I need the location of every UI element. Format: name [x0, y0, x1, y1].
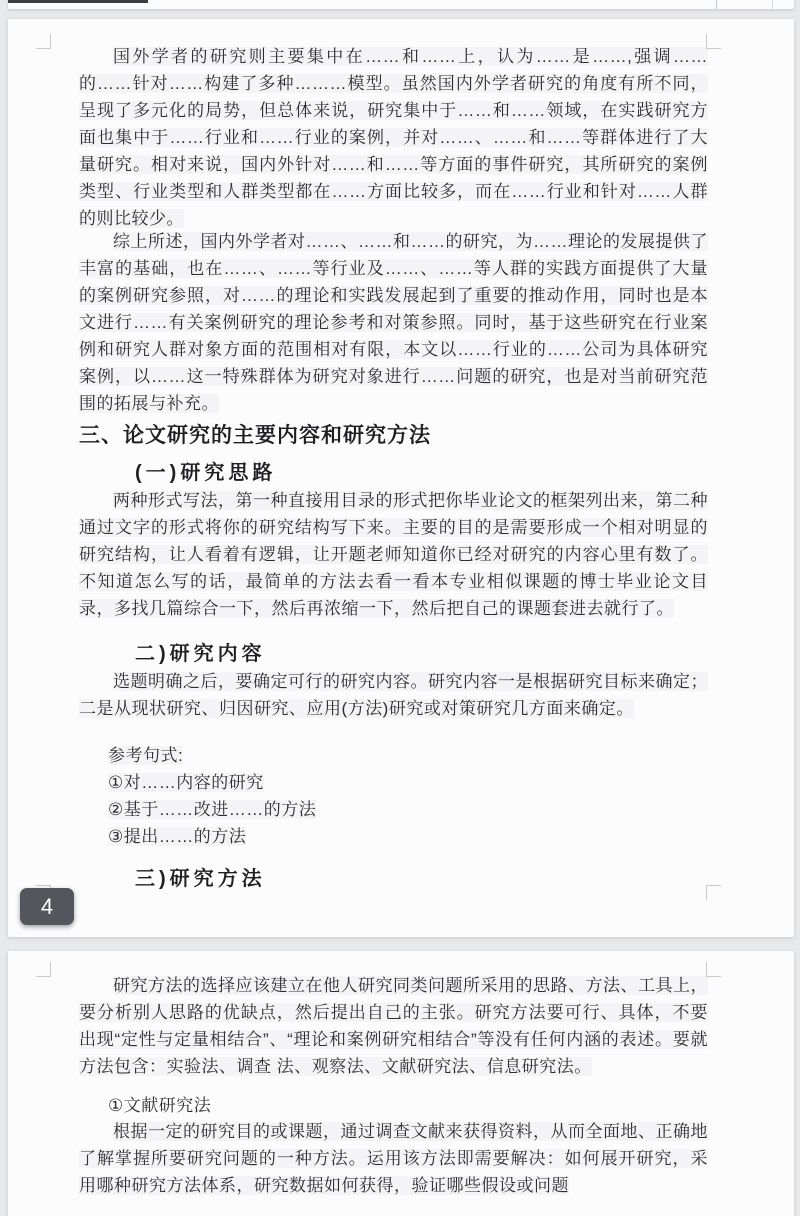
reference-sentence-patterns: 参考句式: ①对……内容的研究 ②基于……改进……的方法 ③提出……的方法	[108, 742, 668, 850]
margin-corner-mark-bottom-right	[706, 885, 721, 900]
margin-corner-mark-top-right	[706, 34, 721, 49]
paragraph-summary: 综上所述，国内外学者对……、……和……的研究，为……理论的发展提供了丰富的基础，…	[79, 228, 708, 417]
paragraph-method-selection: 研究方法的选择应该建立在他人研究同类问题所采用的思路、方法、工具上，要分析别人思…	[79, 972, 708, 1080]
section-heading-research-content-methods: 三、论文研究的主要内容和研究方法	[79, 421, 739, 451]
paragraph-literature-research: 根据一定的研究目的或课题，通过调查文献来获得资料，从而全面地、正确地了解掌握所要…	[79, 1118, 708, 1199]
sub-heading-research-content: 二)研究内容	[135, 641, 695, 668]
reference-item-2: ②基于……改进……的方法	[108, 796, 668, 823]
document-page-4[interactable]: 国外学者的研究则主要集中在……和……上，认为……是……,强调……的……针对……构…	[8, 19, 794, 937]
margin-corner-mark-top-left	[36, 962, 51, 977]
method-heading-literature-research: ①文献研究法	[108, 1092, 211, 1119]
document-viewer-background: { "badge": { "page_number": "4" }, "page…	[0, 0, 800, 1216]
margin-corner-mark-top-left	[36, 34, 51, 49]
page-number-badge: 4	[20, 888, 74, 925]
previous-page-artifact-line	[8, 0, 148, 3]
previous-page-margin-tick	[716, 0, 717, 9]
reference-item-3: ③提出……的方法	[108, 823, 668, 850]
paragraph-research-approach: 两种形式写法，第一种直接用目录的形式把你毕业论文的框架列出来，第二种通过文字的形…	[79, 487, 708, 622]
previous-page-bottom-edge	[8, 0, 794, 9]
reference-label: 参考句式:	[108, 742, 668, 769]
sub-heading-research-methods: 三)研究方法	[135, 866, 695, 893]
reference-item-1: ①对……内容的研究	[108, 769, 668, 796]
document-page-5[interactable]: 研究方法的选择应该建立在他人研究同类问题所采用的思路、方法、工具上，要分析别人思…	[8, 951, 794, 1216]
previous-page-margin-tick	[772, 0, 773, 9]
margin-corner-mark-top-right	[706, 962, 721, 977]
sub-heading-research-approach: (一)研究思路	[135, 460, 695, 487]
paragraph-foreign-scholars: 国外学者的研究则主要集中在……和……上，认为……是……,强调……的……针对……构…	[79, 43, 708, 232]
paragraph-research-content: 选题明确之后，要确定可行的研究内容。研究内容一是根据研究目标来确定；二是从现状研…	[79, 668, 708, 722]
